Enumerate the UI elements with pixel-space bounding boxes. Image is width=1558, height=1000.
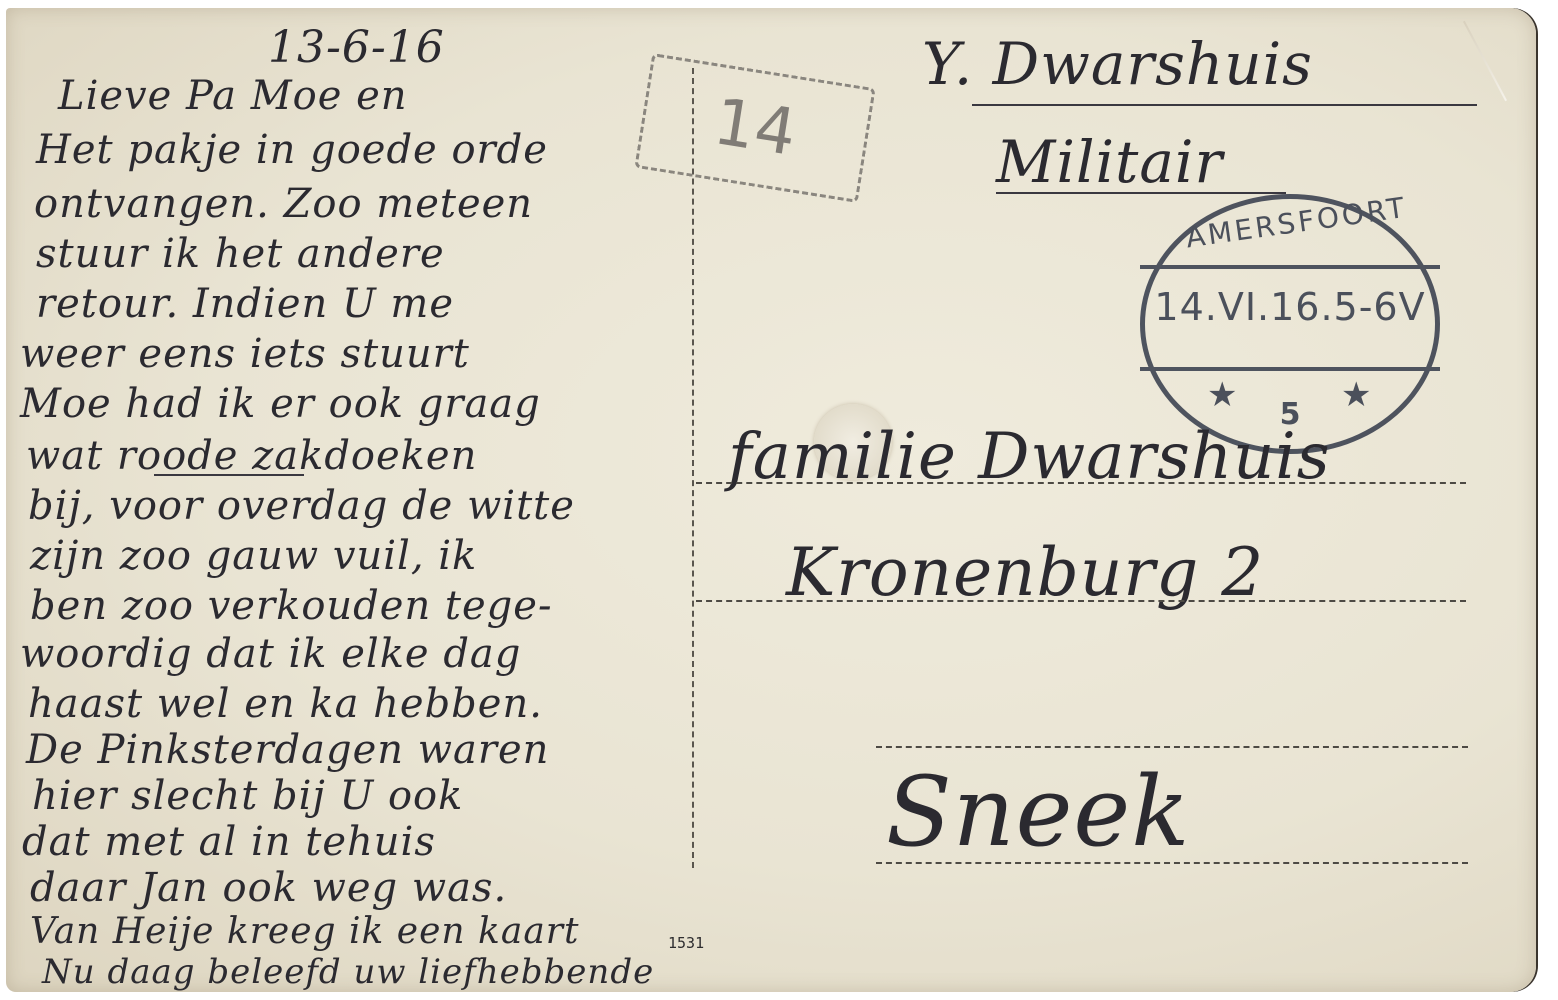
message-line: ontvangen. Zoo meteen [34,184,533,224]
address-rule [696,482,1466,484]
sender-title-rule [996,192,1286,194]
postmark-date: 14.VI.16.5-6V [1145,285,1435,329]
address-rule [876,746,1468,748]
message-line: Lieve Pa Moe en [58,76,408,116]
center-divider [692,68,694,868]
sender-rule [972,104,1477,106]
censor-stamp-number: 14 [709,85,801,171]
message-line: woordig dat ik elke dag [20,634,521,674]
message-line: hier slecht bij U ook [32,776,463,816]
message-line: bij, voor overdag de witte [28,486,575,526]
message-line: zijn zoo gauw vuil, ik [30,536,477,576]
message-line: weer eens iets stuurt [20,334,470,374]
message-line: dat met al in tehuis [22,822,436,862]
sender-name: Y. Dwarshuis [922,30,1313,98]
written-date: 13-6-16 [268,22,445,73]
censor-stamp: 14 [634,53,875,203]
message-line: retour. Indien U me [36,284,454,324]
address-rule [876,862,1468,864]
message-line: haast wel en ka hebben. [28,684,543,724]
message-line: Van Heije kreeg ik een kaart [30,912,579,952]
message-line: wat roode zakdoeken [26,436,477,476]
postmark: AMERSFOORT 14.VI.16.5-6V ★ ★ 5 [1140,194,1440,454]
message-line: daar Jan ook weg was. [30,868,507,908]
address-rule [696,600,1466,602]
corner-crease [1463,21,1507,101]
message-line: stuur ik het andere [36,234,445,274]
postmark-city: AMERSFOORT [1184,193,1397,255]
postcard: 13-6-16 Lieve Pa Moe en Het pakje in goe… [6,8,1536,992]
sender-title: Militair [996,128,1223,196]
recipient-line-3: Sneek [886,756,1190,868]
message-line: Het pakje in goede orde [36,130,548,170]
message-line: ben zoo verkouden tege- [30,586,552,626]
message-line: De Pinksterdagen waren [26,730,549,770]
message-line: Nu daag beleefd uw liefhebbende [42,952,654,992]
print-number: 1531 [668,934,704,952]
underline-roode [154,474,304,476]
message-line: Moe had ik er ook graag [20,384,541,424]
